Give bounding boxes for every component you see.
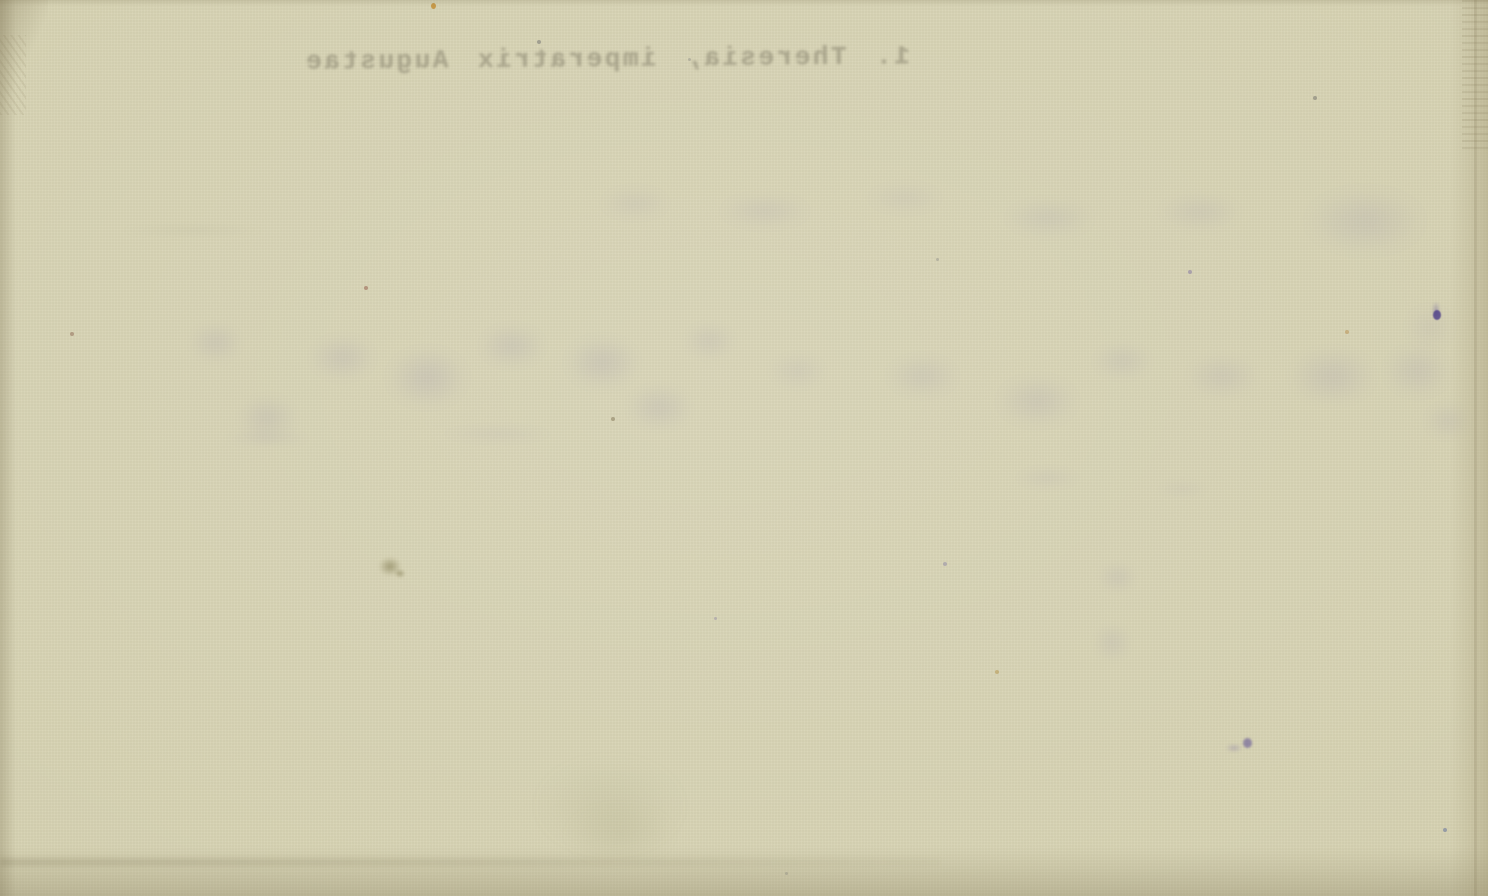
ink-smudge <box>1085 615 1140 670</box>
ink-smudge <box>850 178 960 218</box>
speck <box>611 417 615 421</box>
bleedthrough-text: 1. Theresia, imperatrix Augustae <box>304 41 911 76</box>
purple-ink-dot-tail <box>1431 298 1441 322</box>
page-edge-shadow-bottom <box>0 846 1488 896</box>
document-page: 1. Theresia, imperatrix Augustae <box>0 0 1488 896</box>
ink-smudge <box>755 345 840 397</box>
ink-smudge <box>1270 335 1395 417</box>
speck <box>1188 270 1192 274</box>
speck <box>714 617 717 620</box>
speck <box>1345 330 1349 334</box>
page-edge-shadow-top <box>0 0 1488 6</box>
ink-streak <box>1145 476 1220 502</box>
ink-smudge <box>1090 555 1145 600</box>
purple-squiggle <box>1222 742 1246 754</box>
ink-smudge <box>550 325 655 400</box>
ink-smudge <box>1140 186 1260 238</box>
ink-streak <box>1000 462 1095 494</box>
bleedthrough-text-line: 1. Theresia, imperatrix Augustae <box>278 33 910 85</box>
ink-smudge <box>465 315 560 377</box>
page-edge-shadow-left <box>0 0 16 896</box>
ink-smudge <box>1080 335 1165 387</box>
speck <box>943 562 947 566</box>
speck <box>995 670 999 674</box>
ink-smudge <box>370 335 485 420</box>
paper-grain-texture <box>0 0 1488 896</box>
ink-smudge <box>178 315 253 370</box>
ink-smudge <box>1280 176 1450 266</box>
paper-weave-texture <box>0 0 1488 896</box>
ink-smudge <box>700 188 830 234</box>
ink-smudge <box>985 192 1115 244</box>
ink-smudge <box>295 325 390 390</box>
page-corner-hatch <box>0 35 26 115</box>
speck <box>364 286 368 290</box>
page-fold-shadow <box>0 858 940 866</box>
brown-blotch-tail <box>392 567 408 580</box>
ink-smudge <box>980 365 1095 437</box>
purple-ink-dot <box>1433 310 1441 320</box>
purple-squiggle-dot <box>1243 738 1252 748</box>
ink-smudge <box>612 375 707 440</box>
ink-smudge <box>1170 345 1275 407</box>
speck <box>1443 828 1447 832</box>
ink-smudge <box>585 182 685 224</box>
ink-smudge <box>225 385 310 450</box>
brown-blotch <box>374 553 406 580</box>
ink-smudge <box>672 315 747 367</box>
speck <box>1313 96 1317 100</box>
speck <box>70 332 74 336</box>
speck <box>936 258 939 261</box>
ink-streak <box>415 422 580 446</box>
underlying-pages-fore-edge <box>1462 0 1488 150</box>
ink-streak <box>85 222 300 238</box>
ink-smudge <box>870 345 975 407</box>
ink-streak <box>205 425 330 451</box>
